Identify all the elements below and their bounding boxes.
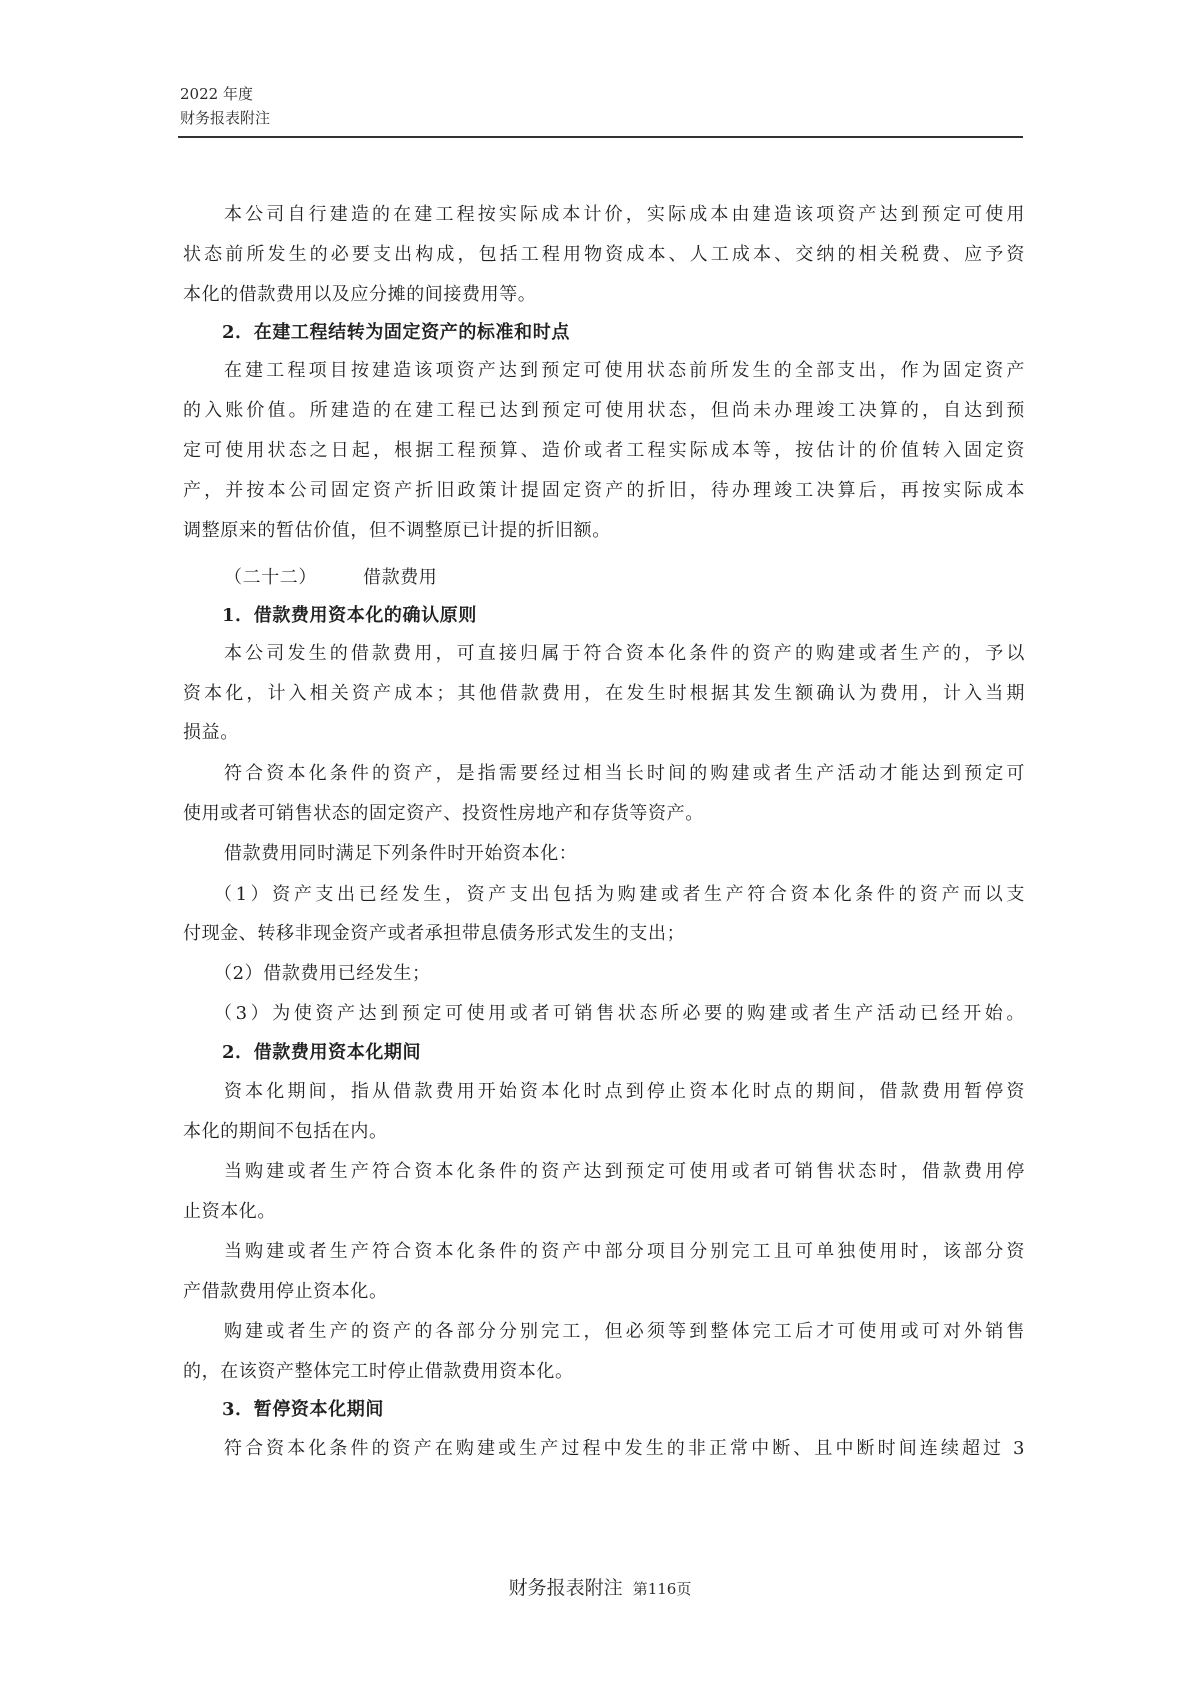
paragraph-line: 符合资本化条件的资产在购建或生产过程中发生的非正常中断、且中断时间连续超过 3 — [224, 1437, 1025, 1461]
paragraph-line: 产，并按本公司固定资产折旧政策计提固定资产的折旧，待办理竣工决算后，再按实际成本 — [183, 479, 1025, 503]
paragraph-line: 在建工程项目按建造该项资产达到预定可使用状态前所发生的全部支出，作为固定资产 — [224, 359, 1025, 383]
page-footer: 财务报表附注第116页 — [0, 1573, 1200, 1600]
paragraph-line: 资本化，计入相关资产成本；其他借款费用，在发生时根据其发生额确认为费用，计入当期 — [183, 682, 1025, 706]
paragraph-line: 本公司自行建造的在建工程按实际成本计价，实际成本由建造该项资产达到预定可使用 — [224, 203, 1025, 227]
paragraph-line: 符合资本化条件的资产，是指需要经过相当长时间的购建或者生产活动才能达到预定可 — [224, 762, 1025, 786]
paragraph-line: 的入账价值。所建造的在建工程已达到预定可使用状态，但尚未办理竣工决算的，自达到预 — [183, 399, 1025, 423]
condition-item: （2）借款费用已经发生； — [214, 962, 1015, 986]
paragraph-line: 调整原来的暂估价值，但不调整原已计提的折旧额。 — [183, 519, 1025, 543]
paragraph-line: 使用或者可销售状态的固定资产、投资性房地产和存货等资产。 — [183, 802, 1025, 826]
paragraph-line: 产借款费用停止资本化。 — [183, 1280, 1025, 1304]
subheading: 2．在建工程结转为固定资产的标准和时点 — [222, 321, 1064, 345]
subheading: 2．借款费用资本化期间 — [222, 1041, 1064, 1065]
paragraph-line: 本化的期间不包括在内。 — [183, 1120, 1025, 1144]
header-title: 财务报表附注 — [180, 108, 270, 128]
paragraph-line: 购建或者生产的资产的各部分分别完工，但必须等到整体完工后才可使用或可对外销售 — [224, 1320, 1025, 1344]
condition-item: （3）为使资产达到预定可使用或者可销售状态所必要的购建或者生产活动已经开始。 — [214, 1002, 1025, 1026]
paragraph-line: 定可使用状态之日起，根据工程预算、造价或者工程实际成本等，按估计的价值转入固定资 — [183, 439, 1025, 463]
header-divider — [178, 136, 1023, 138]
paragraph-line: 损益。 — [183, 721, 1025, 745]
condition-item: 付现金、转移非现金资产或者承担带息债务形式发生的支出； — [183, 922, 1025, 946]
paragraph-line: 借款费用同时满足下列条件时开始资本化： — [224, 842, 1025, 866]
subheading: 1．借款费用资本化的确认原则 — [222, 604, 1064, 628]
header-year: 2022 年度 — [180, 84, 253, 104]
paragraph-line: 资本化期间，指从借款费用开始资本化时点到停止资本化时点的期间，借款费用暂停资 — [224, 1080, 1025, 1104]
section-title: 借款费用 — [363, 567, 437, 588]
paragraph-line: 状态前所发生的必要支出构成，包括工程用物资成本、人工成本、交纳的相关税费、应予资 — [183, 243, 1025, 267]
paragraph-line: 当购建或者生产符合资本化条件的资产达到预定可使用或者可销售状态时，借款费用停 — [224, 1160, 1025, 1184]
page-number: 第116页 — [633, 1580, 692, 1598]
section-heading: （二十二）借款费用 — [224, 566, 1066, 590]
paragraph-line: 本化的借款费用以及应分摊的间接费用等。 — [183, 283, 1025, 307]
subheading: 3．暂停资本化期间 — [222, 1398, 1064, 1422]
paragraph-line: 的，在该资产整体完工时停止借款费用资本化。 — [183, 1360, 1025, 1384]
section-number: （二十二） — [224, 567, 317, 588]
paragraph-line: 本公司发生的借款费用，可直接归属于符合资本化条件的资产的购建或者生产的，予以 — [224, 642, 1025, 666]
paragraph-line: 止资本化。 — [183, 1200, 1025, 1224]
document-page: 2022 年度 财务报表附注 本公司自行建造的在建工程按实际成本计价，实际成本由… — [0, 0, 1200, 1699]
paragraph-line: 当购建或者生产符合资本化条件的资产中部分项目分别完工且可单独使用时，该部分资 — [224, 1240, 1025, 1264]
footer-title: 财务报表附注 — [509, 1577, 623, 1599]
condition-item: （1）资产支出已经发生，资产支出包括为购建或者生产符合资本化条件的资产而以支 — [214, 883, 1025, 907]
